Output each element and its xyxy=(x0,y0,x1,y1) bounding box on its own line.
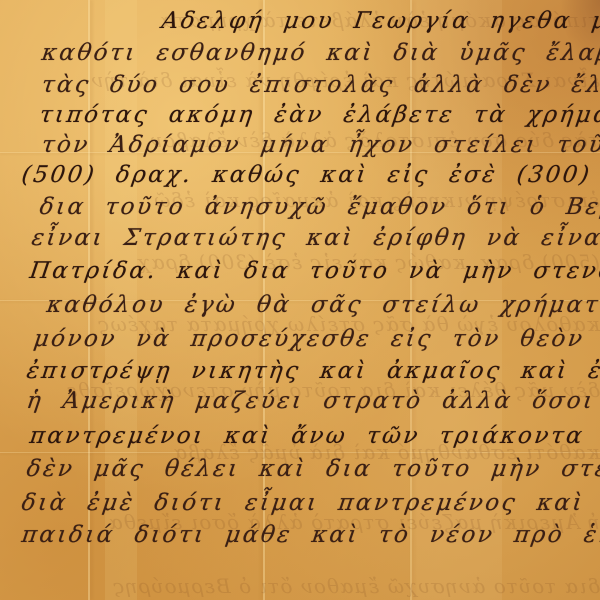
letter-line-11: μόνον νὰ προσεύχεσθε εἰς τὸν θεὸν νὰ xyxy=(32,326,600,352)
letter-line-12: ἐπιστρέψῃ νικητὴς καὶ ἀκμαῖος καὶ ἐδῶ xyxy=(25,358,600,384)
letter-line-9: Πατρίδα. καὶ δια τοῦτο νὰ μὴν στενοχωρῆσ… xyxy=(28,258,600,284)
letter-line-8: εἶναι Στρατιώτης καὶ ἐρίφθη νὰ εἶναι διὰ… xyxy=(30,225,600,251)
letter-line-6: (500) δραχ. καθώς καὶ εἰς ἐσὲ (300) δραχ… xyxy=(20,162,600,188)
letter-line-1: Αδελφή μου Γεωργία ηγεθα μεγα xyxy=(160,8,600,34)
letter-line-17: παιδιά διότι μάθε καὶ τὸ νέον πρὸ ἑνὸς μ… xyxy=(20,522,600,548)
letter-line-2: καθότι εσθανθημό καὶ διὰ ὑμᾶς ἔλαβα xyxy=(40,40,600,66)
letter-line-16: διὰ ἐμὲ διότι εἶμαι παντρεμένος καὶ νὰ δ… xyxy=(20,490,600,516)
bleed-through-text: δια τοῦτο ἀνησυχῶ ἔμαθον ὅτι ὁ Βερμούρης xyxy=(0,574,600,598)
letter-line-4: τιπότας ακόμη ἐὰν ἐλάβετε τὰ χρήματα xyxy=(38,102,600,128)
letter-line-5: τὸν Ἀδρίαμον μήνα ἦχον στείλει τοῦ Βερμο xyxy=(40,132,600,158)
letter-line-14: παντρεμένοι καὶ ἄνω τῶν τριάκοντα ἐτῶ xyxy=(28,423,600,449)
letter-line-7: δια τοῦτο ἀνησυχῶ ἔμαθον ὅτι ὁ Βερμούρης xyxy=(38,194,600,220)
letter-line-3: τὰς δύο σου ἐπιστολὰς ἀλλὰ δὲν ἔλαβον xyxy=(40,72,600,98)
letter-line-10: καθόλου ἐγὼ θὰ σᾶς στείλω χρήματα ταχέως xyxy=(45,292,600,318)
letter-line-15: δὲν μᾶς θέλει καὶ δια τοῦτο μὴν στενοχωρ… xyxy=(25,456,600,482)
letter-line-13: ἡ Ἀμερικὴ μαζεύει στρατὸ ἀλλὰ ὅσοι εἴμεθ… xyxy=(25,388,600,414)
letter-paper: τιπότας ακόμη ἐὰν ἐλάβετε τὰ χρήματα εἶν… xyxy=(0,0,600,600)
